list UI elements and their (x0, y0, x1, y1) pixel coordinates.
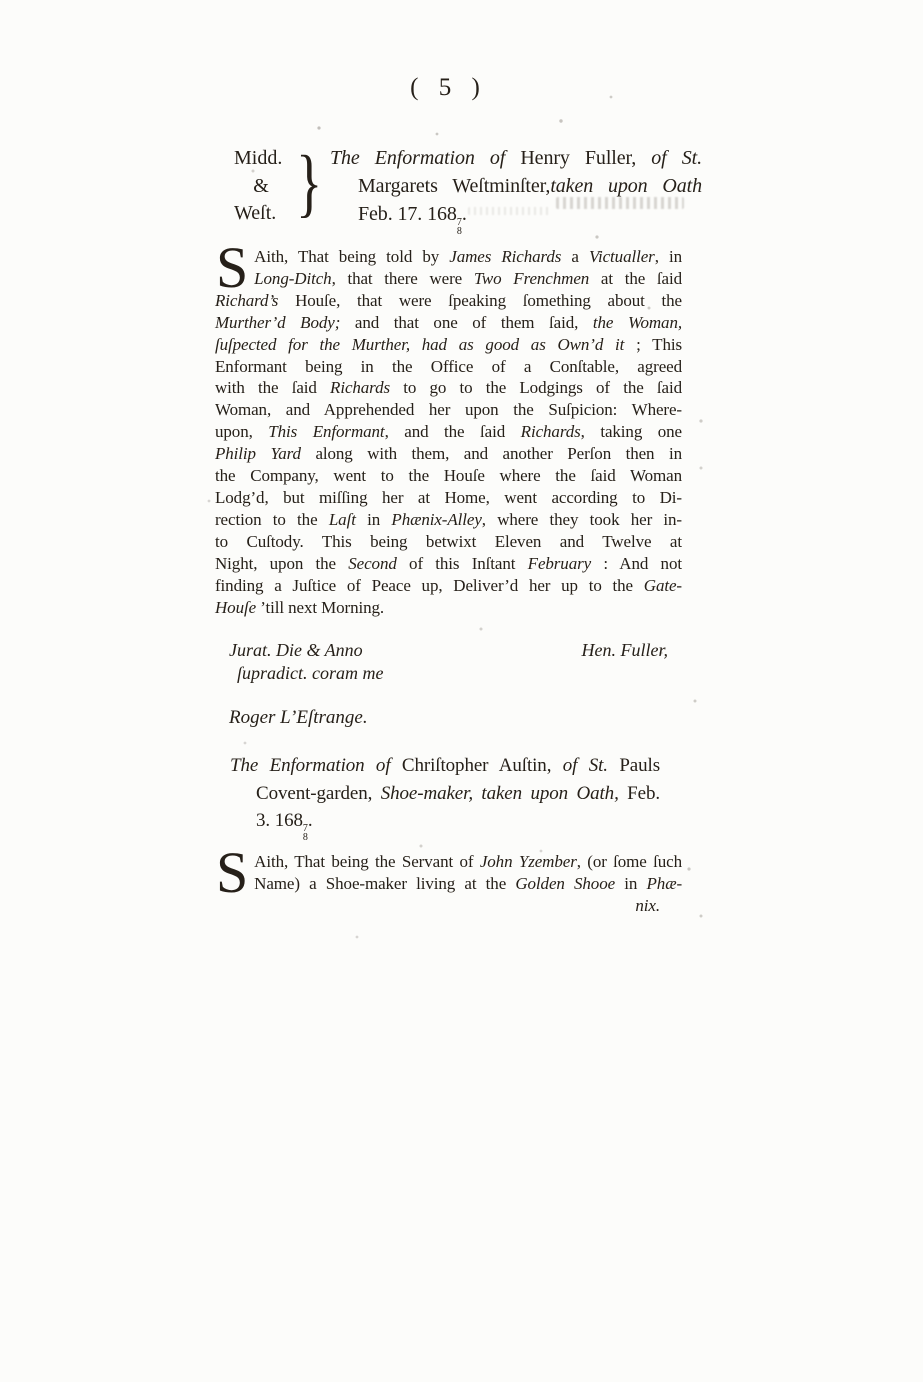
text-line: Aith, That being told by James Richards … (215, 246, 682, 268)
paragraph-lines: Aith, That being told by James Richards … (215, 246, 682, 618)
text-line: Long-Ditch, that there were Two Frenchme… (215, 268, 682, 290)
margin-label: Midd. (234, 145, 296, 173)
jurat-block: Jurat. Die & Anno ſupradict. coram me He… (229, 639, 682, 685)
magistrate-signature: Roger L’Eſtrange. (229, 707, 368, 729)
curly-brace-glyph: } (296, 141, 318, 225)
margin-label: Weſt. (234, 200, 296, 228)
jurat-line: Jurat. Die & Anno (229, 639, 383, 662)
deposition2-heading: The Enformation of Chriſtopher Auſtin, o… (230, 752, 660, 842)
text-line: to Cuſtody. This being betwixt Eleven an… (215, 531, 682, 553)
text-line: Aith, That being the Servant of John Yze… (215, 851, 682, 873)
text-line: Woman, and Apprehended her upon the Suſp… (215, 399, 682, 421)
jurat-line: ſupradict. coram me (229, 662, 383, 685)
jurat-attestation: Jurat. Die & Anno ſupradict. coram me (229, 639, 383, 685)
margin-label: & (234, 173, 296, 201)
text-line: Night, upon the Second of this Inſtant F… (215, 553, 682, 575)
text-line: finding a Juſtice of Peace up, Deliver’d… (215, 575, 682, 597)
text-line: The Enformation of Henry Fuller, of St. (330, 144, 702, 172)
catchword: nix. (215, 895, 682, 917)
margin-jurisdiction-labels: Midd. & Weſt. (234, 141, 296, 228)
text-line: Richard’s Houſe, that were ſpeaking ſome… (215, 290, 682, 312)
deposition2-paragraph: S Aith, That being the Servant of John Y… (215, 851, 682, 917)
document-page: ( 5 ) Midd. & Weſt. } The Enformation of… (0, 0, 923, 1382)
text-line: Murther’d Body; and that one of them ſai… (215, 312, 682, 334)
text-line: Margarets Weſtminſter,taken upon Oath (330, 172, 702, 200)
deponent-signature: Hen. Fuller, (582, 639, 682, 685)
text-line: upon, This Enformant, and the ſaid Richa… (215, 421, 682, 443)
text-line: Enformant being in the Office of a Conſt… (215, 356, 682, 378)
text-line: Houſe ’till next Morning. (215, 597, 682, 619)
page-number: ( 5 ) (215, 74, 682, 102)
paragraph-lines: Aith, That being the Servant of John Yze… (215, 851, 682, 895)
text-line: 3. 16878. (230, 807, 660, 842)
text-line: Lodg’d, but miſſing her at Home, went ac… (215, 487, 682, 509)
text-line: Name) a Shoe-maker living at the Golden … (215, 873, 682, 895)
text-line: Covent-garden, Shoe-maker, taken upon Oa… (230, 780, 660, 808)
paper-noise-speckles (0, 0, 2, 2)
deposition1-paragraph: S Aith, That being told by James Richard… (215, 246, 682, 618)
text-line: The Enformation of Chriſtopher Auſtin, o… (230, 752, 660, 780)
text-line: ſuſpected for the Murther, had as good a… (215, 334, 682, 356)
deposition1-heading: Midd. & Weſt. } The Enformation of Henry… (234, 141, 702, 236)
deposition1-heading-lines: The Enformation of Henry Fuller, of St.M… (330, 141, 702, 236)
text-line: Philip Yard along with them, and another… (215, 443, 682, 465)
drop-cap: S (216, 247, 248, 288)
text-line: rection to the Laſt in Phænix-Alley, whe… (215, 509, 682, 531)
text-line: with the ſaid Richards to go to the Lodg… (215, 377, 682, 399)
text-line: Feb. 17. 16878. (330, 200, 702, 236)
drop-cap: S (216, 852, 248, 893)
text-line: the Company, went to the Houſe where the… (215, 465, 682, 487)
